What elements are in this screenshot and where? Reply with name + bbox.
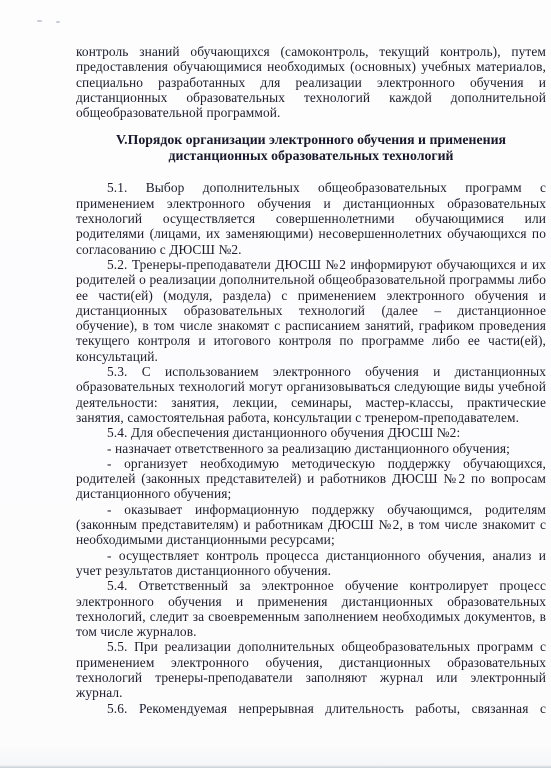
paragraph-5-3: 5.3. С использованием электронного обуче… xyxy=(76,364,546,425)
list-item-organizes-support: - организует необходимую методическую по… xyxy=(76,456,546,502)
list-item-appoints-responsible: - назначает ответственного за реализацию… xyxy=(76,441,546,456)
paragraph-5-4-lead: 5.4. Для обеспечения дистанционного обуч… xyxy=(76,425,546,440)
scan-artifact xyxy=(56,21,60,23)
heading-line-2: дистанционных образовательных технологий xyxy=(76,148,546,164)
paragraph-5-1: 5.1. Выбор дополнительных общеобразовате… xyxy=(76,180,546,256)
list-item-provides-info-support: - оказывает информационную поддержку обу… xyxy=(76,502,546,548)
paragraph-continuation: контроль знаний обучающихся (самоконтрол… xyxy=(76,44,546,120)
scan-artifact xyxy=(37,20,42,22)
scanned-document-page: контроль знаний обучающихся (самоконтрол… xyxy=(0,0,551,768)
section-heading: V.Порядок организации электронного обуче… xyxy=(76,132,546,164)
heading-line-1: V.Порядок организации электронного обуче… xyxy=(76,132,546,148)
list-item-controls-process: - осуществляет контроль процесса дистанц… xyxy=(76,548,546,579)
document-text-block: контроль знаний обучающихся (самоконтрол… xyxy=(76,44,546,716)
paragraph-5-4-responsible: 5.4. Ответственный за электронное обучен… xyxy=(76,578,546,639)
paragraph-5-5: 5.5. При реализации дополнительных общео… xyxy=(76,639,546,700)
paragraph-5-6-cutoff: 5.6. Рекомендуемая непрерывная длительно… xyxy=(76,701,546,716)
paragraph-5-2: 5.2. Тренеры-преподаватели ДЮСШ №2 инфор… xyxy=(76,257,546,364)
